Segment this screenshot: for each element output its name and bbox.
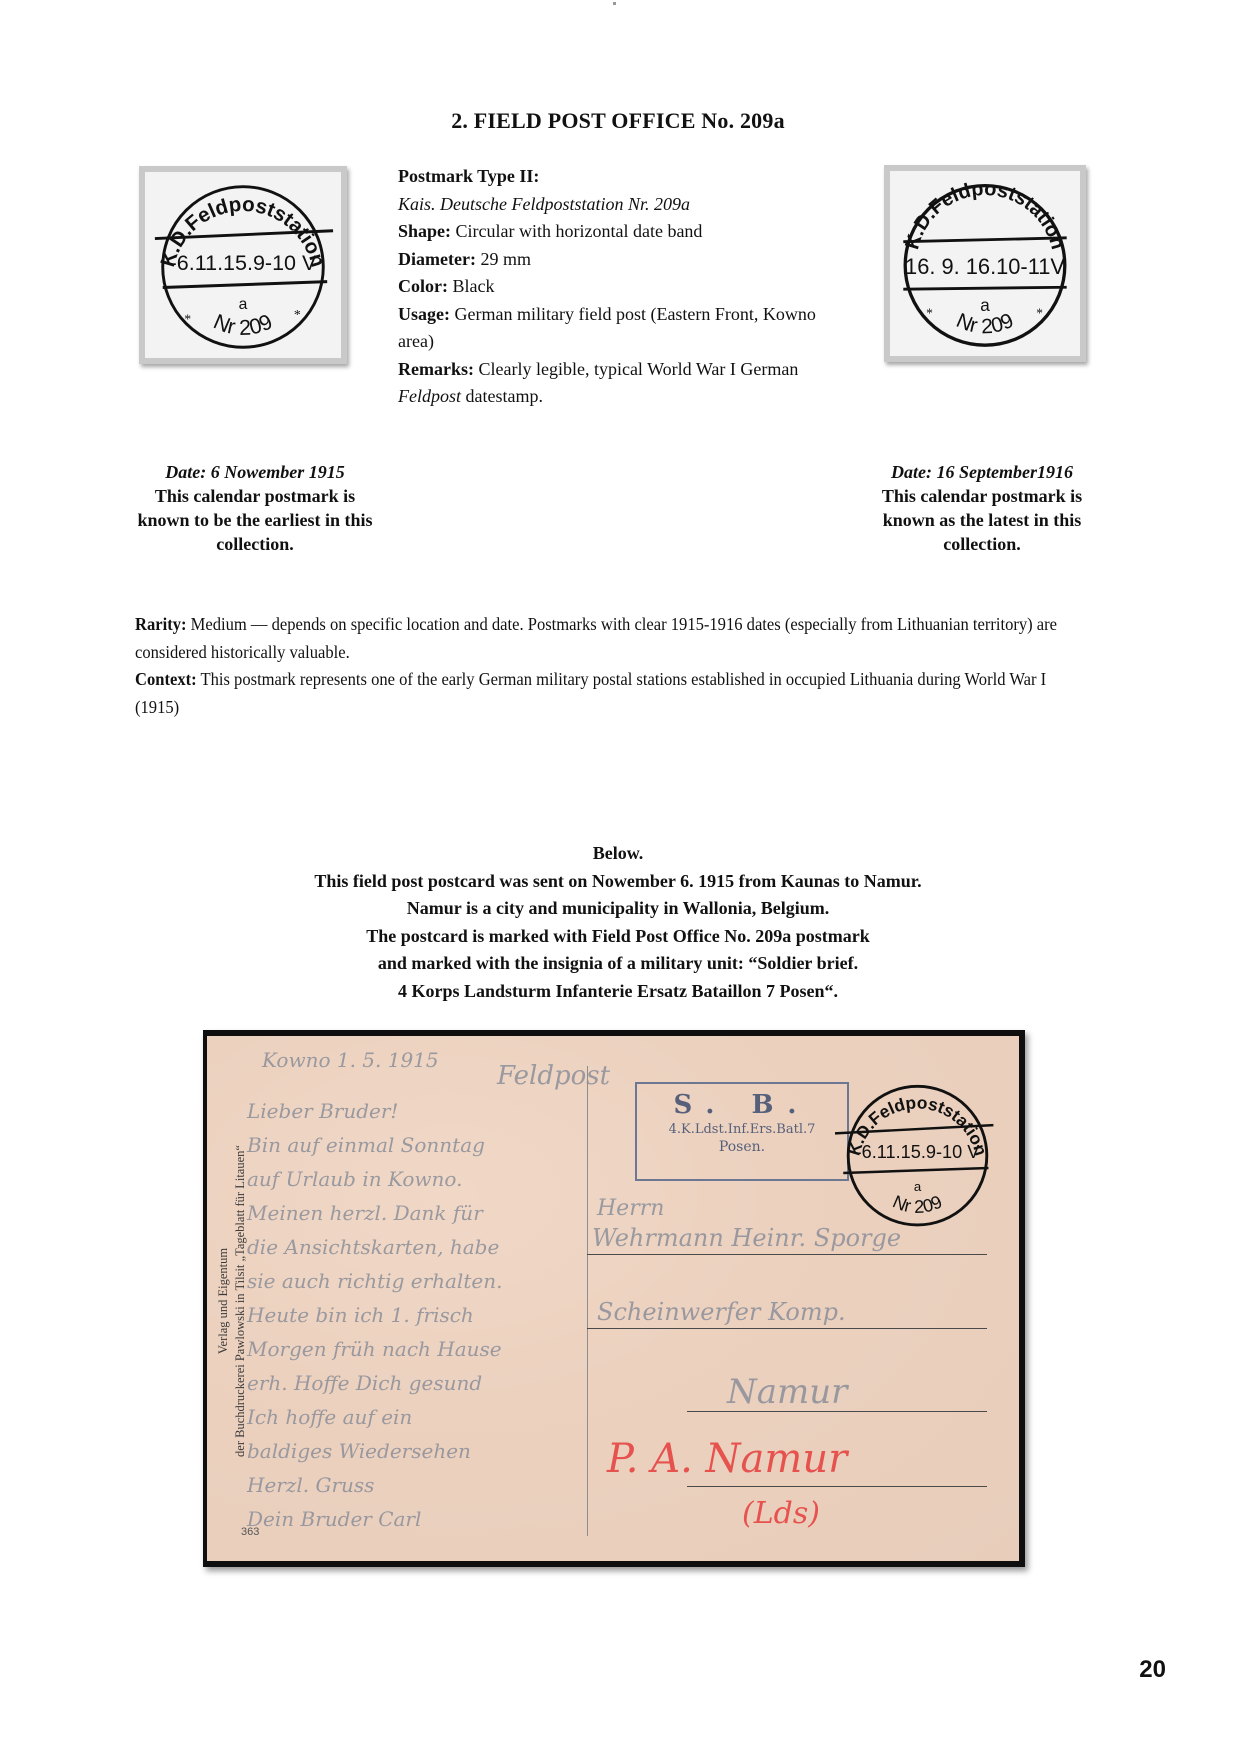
below-line: Namur is a city and municipality in Wall…: [0, 895, 1236, 923]
postmark-inscription: Kais. Deutsche Feldpoststation Nr. 209a: [398, 194, 690, 214]
caption-latest-text: This calendar postmark is known as the l…: [862, 484, 1102, 556]
svg-text:a: a: [914, 1179, 922, 1194]
caption-earliest-date: Date: 6 Nowember 1915: [135, 460, 375, 484]
svg-text:*: *: [1036, 306, 1043, 321]
postcard-description: Below. This field post postcard was sent…: [0, 840, 1236, 1005]
svg-text:-6.11.15.9-10 V: -6.11.15.9-10 V: [856, 1142, 981, 1162]
svg-text:a: a: [239, 296, 248, 313]
address-line: [587, 1254, 987, 1255]
postmark-description: Postmark Type II: Kais. Deutsche Feldpos…: [398, 163, 838, 411]
postmark-circle-icon: K.D.Feldpoststation 16. 9. 16.10-11V a N…: [890, 171, 1080, 356]
below-line: Below.: [0, 840, 1236, 868]
handwritten-message: Lieber Bruder! Bin auf einmal Sonntag au…: [247, 1094, 587, 1536]
caption-latest: Date: 16 September1916 This calendar pos…: [862, 460, 1102, 556]
field-shape: Shape: Circular with horizontal date ban…: [398, 218, 838, 246]
handwritten-header: Kowno 1. 5. 1915: [262, 1048, 439, 1072]
svg-text:*: *: [294, 307, 301, 322]
svg-text:*: *: [926, 306, 933, 321]
scan-mark: [613, 2, 616, 5]
address-line-3: Scheinwerfer Komp.: [597, 1298, 846, 1326]
below-line: This field post postcard was sent on Now…: [0, 868, 1236, 896]
address-line: [587, 1328, 987, 1329]
field-remarks: Remarks: Clearly legible, typical World …: [398, 356, 838, 411]
field-usage: Usage: German military field post (Easte…: [398, 301, 838, 356]
postcard-image: Verlag und Eigentum der Buchdruckerei Pa…: [203, 1030, 1025, 1567]
svg-text:*: *: [184, 312, 191, 327]
description-heading: Postmark Type II:: [398, 166, 539, 186]
red-annotation: P. A. Namur: [607, 1436, 847, 1482]
below-line: The postcard is marked with Field Post O…: [0, 923, 1236, 951]
page-number: 20: [1139, 1656, 1166, 1684]
address-line: [687, 1486, 987, 1487]
caption-latest-date: Date: 16 September1916: [862, 460, 1102, 484]
address-line-2: Wehrmann Heinr. Sporge: [592, 1224, 901, 1252]
military-unit-stamp: S. B. 4.K.Ldst.Inf.Ers.Batl.7 Posen.: [635, 1082, 849, 1181]
caption-earliest-text: This calendar postmark is known to be th…: [135, 484, 375, 556]
below-line: 4 Korps Landsturm Infanterie Ersatz Bata…: [0, 978, 1236, 1006]
context-note: Context: This postmark represents one of…: [135, 666, 1092, 721]
svg-text:16. 9. 16.10-11V: 16. 9. 16.10-11V: [905, 254, 1065, 279]
address-line-1: Herrn: [597, 1196, 664, 1221]
card-divider: [587, 1066, 588, 1536]
red-annotation-2: (Lds): [742, 1496, 820, 1531]
notes-paragraph: Rarity: Medium — depends on specific loc…: [135, 611, 1092, 721]
page-title: 2. FIELD POST OFFICE No. 209a: [0, 108, 1236, 134]
caption-earliest: Date: 6 Nowember 1915 This calendar post…: [135, 460, 375, 556]
svg-text:-6.11.15.9-10 V: -6.11.15.9-10 V: [170, 251, 317, 275]
handwritten-feldpost: Feldpost: [497, 1061, 610, 1091]
postmark-circle-icon: K.D.Feldpoststation -6.11.15.9-10 V a Nr…: [145, 172, 341, 358]
svg-text:Nr 209: Nr 209: [890, 1191, 945, 1217]
below-line: and marked with the insignia of a milita…: [0, 950, 1236, 978]
svg-text:Nr 209: Nr 209: [210, 309, 276, 340]
rarity-note: Rarity: Medium — depends on specific loc…: [135, 611, 1092, 666]
svg-text:a: a: [980, 296, 990, 315]
field-color: Color: Black: [398, 273, 838, 301]
postcard-postmark: K.D.Feldpoststation -6.11.15.9-10 V a Nr…: [835, 1074, 1000, 1234]
postmark-image-latest: K.D.Feldpoststation 16. 9. 16.10-11V a N…: [884, 165, 1086, 362]
address-line-4: Namur: [727, 1372, 847, 1412]
postcard-back: Verlag und Eigentum der Buchdruckerei Pa…: [207, 1036, 1019, 1561]
field-diameter: Diameter: 29 mm: [398, 246, 838, 274]
postmark-image-earliest: K.D.Feldpoststation -6.11.15.9-10 V a Nr…: [139, 166, 347, 364]
